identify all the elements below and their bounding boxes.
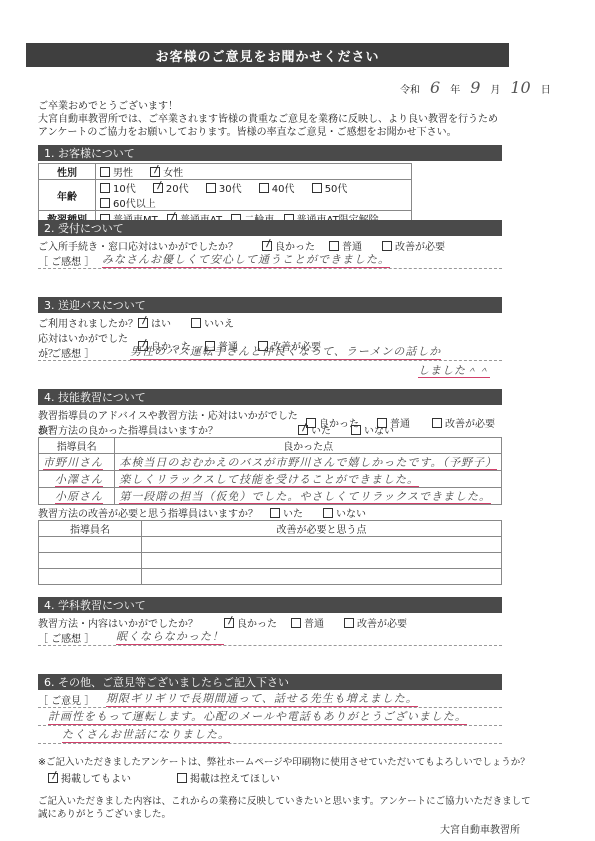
academic-question-row: 教習方法・内容はいかがでしたか？ 良かった 普通 改善が必要 bbox=[38, 615, 421, 630]
option-30s[interactable]: 30代 bbox=[206, 180, 242, 195]
option-yes[interactable]: いた bbox=[298, 422, 331, 437]
option-yes[interactable]: いた bbox=[270, 505, 303, 520]
checkbox[interactable] bbox=[100, 167, 110, 177]
checkbox[interactable] bbox=[344, 618, 354, 628]
checkbox[interactable] bbox=[100, 198, 110, 208]
comment-text: 眠くならなかった！ bbox=[116, 628, 224, 645]
option-yes[interactable]: はい bbox=[138, 315, 171, 330]
option-needs-improvement[interactable]: 改善が必要 bbox=[382, 238, 445, 253]
table-header-row: 指導員名 良かった点 bbox=[39, 438, 502, 454]
comment-text: 男性のバス運転手さんと仲良くなって、ラーメンの話しか bbox=[130, 343, 441, 360]
customer-info-table: 性別 男性 女性 年齢 10代 20代 30代 40代 50代 60代以上 教習… bbox=[38, 163, 412, 227]
option-needs-improvement[interactable]: 改善が必要 bbox=[344, 615, 407, 630]
intro-line: 大宮自動車教習所では、ご卒業されます皆様の貴重なご意見を業務に反映し、より良い教… bbox=[38, 113, 498, 126]
other-comment-line1[interactable]: ［ ご意見 ］ 期限ギリギリで長期間通って、話せる先生も増えました。 bbox=[38, 691, 502, 708]
column-header: 指導員名 bbox=[39, 521, 142, 537]
section-reception-header: 2. 受付について bbox=[38, 220, 502, 236]
intro-line: ご卒業おめでとうございます！ bbox=[38, 100, 498, 113]
improve-instructor-question-row: 教習方法の改善が必要と思う指導員はいますか？ いた いない bbox=[38, 505, 380, 520]
table-row: 年齢 10代 20代 30代 40代 50代 60代以上 bbox=[39, 180, 412, 211]
section-other-header: 6. その他、ご意見等ございましたらご記入下さい bbox=[38, 674, 502, 690]
checkbox[interactable] bbox=[351, 425, 361, 435]
column-header: 良かった点 bbox=[115, 438, 502, 454]
comment-text: しました＾＾ bbox=[418, 364, 490, 378]
improve-point-cell[interactable] bbox=[142, 537, 502, 553]
option-needs-improvement[interactable]: 改善が必要 bbox=[432, 415, 495, 430]
option-60s-plus[interactable]: 60代以上 bbox=[100, 195, 156, 210]
comment-label: ［ ご感想 ］ bbox=[38, 345, 130, 360]
checkbox[interactable] bbox=[291, 618, 301, 628]
checkbox[interactable] bbox=[312, 183, 322, 193]
checkbox-checked[interactable] bbox=[298, 425, 308, 435]
option-50s[interactable]: 50代 bbox=[312, 180, 348, 195]
instructor-name[interactable]: 市野川さん bbox=[43, 456, 103, 470]
checkbox[interactable] bbox=[323, 508, 333, 518]
improve-point-cell[interactable] bbox=[142, 553, 502, 569]
good-point[interactable]: 第一段階の担当（仮免）でした。やさしくてリラックスできました。 bbox=[119, 490, 491, 504]
improve-point-cell[interactable] bbox=[142, 569, 502, 585]
table-row bbox=[39, 537, 502, 553]
option-allow-publish[interactable]: 掲載してもよい bbox=[48, 770, 131, 785]
comment-text: 期限ギリギリで長期間通って、話せる先生も増えました。 bbox=[106, 690, 418, 707]
bus-used-row: ご利用されましたか？ はい いいえ bbox=[38, 315, 248, 330]
comment-text: たくさんお世話になりました。 bbox=[62, 726, 230, 743]
instructor-name[interactable]: 小原さん bbox=[55, 490, 103, 504]
comment-label: ［ ご意見 ］ bbox=[38, 692, 106, 707]
table-row: 小澤さん 楽しくリラックスして技能を受けることができました。 bbox=[39, 471, 502, 488]
table-row: 市野川さん 本検当日のおむかえのバスが市野川さんで嬉しかったです。（予野子） bbox=[39, 454, 502, 471]
checkbox[interactable] bbox=[177, 773, 187, 783]
checkbox-checked[interactable] bbox=[262, 241, 272, 251]
instructor-name[interactable]: 小澤さん bbox=[55, 473, 103, 487]
checkbox[interactable] bbox=[100, 183, 110, 193]
improve-instructor-table: 指導員名 改善が必要と思う点 bbox=[38, 520, 502, 585]
intro-text: ご卒業おめでとうございます！ 大宮自動車教習所では、ご卒業されます皆様の貴重なご… bbox=[38, 100, 498, 139]
checkbox-checked[interactable] bbox=[150, 167, 160, 177]
good-instructor-table: 指導員名 良かった点 市野川さん 本検当日のおむかえのバスが市野川さんで嬉しかっ… bbox=[38, 437, 502, 505]
table-row bbox=[39, 553, 502, 569]
good-point[interactable]: 本検当日のおむかえのバスが市野川さんで嬉しかったです。（予野子） bbox=[119, 456, 497, 470]
section-practical-header: 4. 技能教習について bbox=[38, 389, 502, 405]
option-10s[interactable]: 10代 bbox=[100, 180, 136, 195]
checkbox[interactable] bbox=[329, 241, 339, 251]
other-comment-line2[interactable]: 計画性をもって運転します。心配のメールや電話もありがとうございました。 bbox=[38, 709, 502, 726]
date-year-unit: 年 bbox=[450, 81, 460, 96]
reception-comment-field[interactable]: ［ ご感想 ］ みなさんお優しくて安心して通うことができました。 bbox=[38, 252, 502, 269]
bus-comment-line2: しました＾＾ bbox=[418, 362, 490, 378]
section-academic-header: 4. 学科教習について bbox=[38, 597, 502, 613]
closing-line: 誠にありがとうございました。 bbox=[38, 808, 531, 821]
option-female[interactable]: 女性 bbox=[150, 164, 183, 179]
date-year[interactable]: 6 bbox=[430, 78, 440, 97]
checkbox[interactable] bbox=[270, 508, 280, 518]
comment-label: ［ ご感想 ］ bbox=[38, 630, 116, 645]
question-text: ご利用されましたか？ bbox=[38, 315, 138, 330]
column-header: 改善が必要と思う点 bbox=[142, 521, 502, 537]
instructor-name-cell[interactable] bbox=[39, 569, 142, 585]
instructor-name-cell[interactable] bbox=[39, 553, 142, 569]
consent-options-row: 掲載してもよい 掲載は控えてほしい bbox=[48, 770, 294, 785]
instructor-name-cell[interactable] bbox=[39, 537, 142, 553]
checkbox[interactable] bbox=[206, 183, 216, 193]
option-male[interactable]: 男性 bbox=[100, 164, 133, 179]
option-decline-publish[interactable]: 掲載は控えてほしい bbox=[177, 770, 280, 785]
consent-question: ※ご記入いただきましたアンケートは、弊社ホームページや印刷物に使用させていただい… bbox=[38, 756, 530, 769]
option-good[interactable]: 良かった bbox=[224, 615, 277, 630]
good-point[interactable]: 楽しくリラックスして技能を受けることができました。 bbox=[119, 473, 419, 487]
option-no[interactable]: いいえ bbox=[191, 315, 234, 330]
row-label: 性別 bbox=[39, 164, 96, 180]
survey-title: お客様のご意見をお聞かせください bbox=[26, 43, 509, 67]
question-text: 教習方法の改善が必要と思う指導員はいますか？ bbox=[38, 505, 270, 520]
bus-comment-field[interactable]: ［ ご感想 ］ 男性のバス運転手さんと仲良くなって、ラーメンの話しか bbox=[38, 344, 502, 361]
section-bus-header: 3. 送迎バスについて bbox=[38, 297, 502, 313]
table-row: 性別 男性 女性 bbox=[39, 164, 412, 180]
option-no[interactable]: いない bbox=[351, 422, 394, 437]
date-day-unit: 日 bbox=[541, 81, 551, 96]
option-40s[interactable]: 40代 bbox=[259, 180, 295, 195]
checkbox[interactable] bbox=[259, 183, 269, 193]
closing-text: ご記入いただきました内容は、これからの業務に反映していきたいと思います。アンケー… bbox=[38, 795, 531, 821]
checkbox-checked[interactable] bbox=[138, 318, 148, 328]
table-row: 小原さん 第一段階の担当（仮免）でした。やさしくてリラックスできました。 bbox=[39, 488, 502, 505]
date-row: 令和 6 年 9 月 10 日 bbox=[400, 78, 551, 97]
row-label: 年齢 bbox=[39, 180, 96, 211]
date-month[interactable]: 9 bbox=[470, 78, 480, 97]
checkbox-checked[interactable] bbox=[224, 618, 234, 628]
date-era: 令和 bbox=[400, 81, 420, 96]
column-header: 指導員名 bbox=[39, 438, 115, 454]
date-day[interactable]: 10 bbox=[510, 78, 530, 97]
intro-line: アンケートのご協力をお願いしております。皆様の率直なご意見・ご感想をお聞かせ下さ… bbox=[38, 126, 498, 139]
comment-text: みなさんお優しくて安心して通うことができました。 bbox=[102, 251, 390, 268]
section-customer-header: 1. お客様について bbox=[38, 145, 502, 161]
option-20s[interactable]: 20代 bbox=[153, 180, 189, 195]
date-month-unit: 月 bbox=[490, 81, 500, 96]
option-average[interactable]: 普通 bbox=[291, 615, 324, 630]
comment-label: ［ ご感想 ］ bbox=[38, 253, 102, 268]
good-instructor-question-row: 教習方法の良かった指導員はいますか？ いた いない bbox=[38, 422, 408, 437]
checkbox[interactable] bbox=[432, 418, 442, 428]
checkbox-checked[interactable] bbox=[153, 183, 163, 193]
option-no[interactable]: いない bbox=[323, 505, 366, 520]
checkbox[interactable] bbox=[382, 241, 392, 251]
closing-line: ご記入いただきました内容は、これからの業務に反映していきたいと思います。アンケー… bbox=[38, 795, 531, 808]
table-row bbox=[39, 569, 502, 585]
signature: 大宮自動車教習所 bbox=[440, 821, 520, 836]
checkbox-checked[interactable] bbox=[48, 773, 58, 783]
other-comment-line3[interactable]: たくさんお世話になりました。 bbox=[38, 727, 502, 744]
question-text: 教習方法の良かった指導員はいますか？ bbox=[38, 422, 298, 437]
checkbox[interactable] bbox=[191, 318, 201, 328]
academic-comment-field[interactable]: ［ ご感想 ］ 眠くならなかった！ bbox=[38, 629, 502, 646]
comment-text: 計画性をもって運転します。心配のメールや電話もありがとうございました。 bbox=[48, 708, 467, 725]
table-header-row: 指導員名 改善が必要と思う点 bbox=[39, 521, 502, 537]
